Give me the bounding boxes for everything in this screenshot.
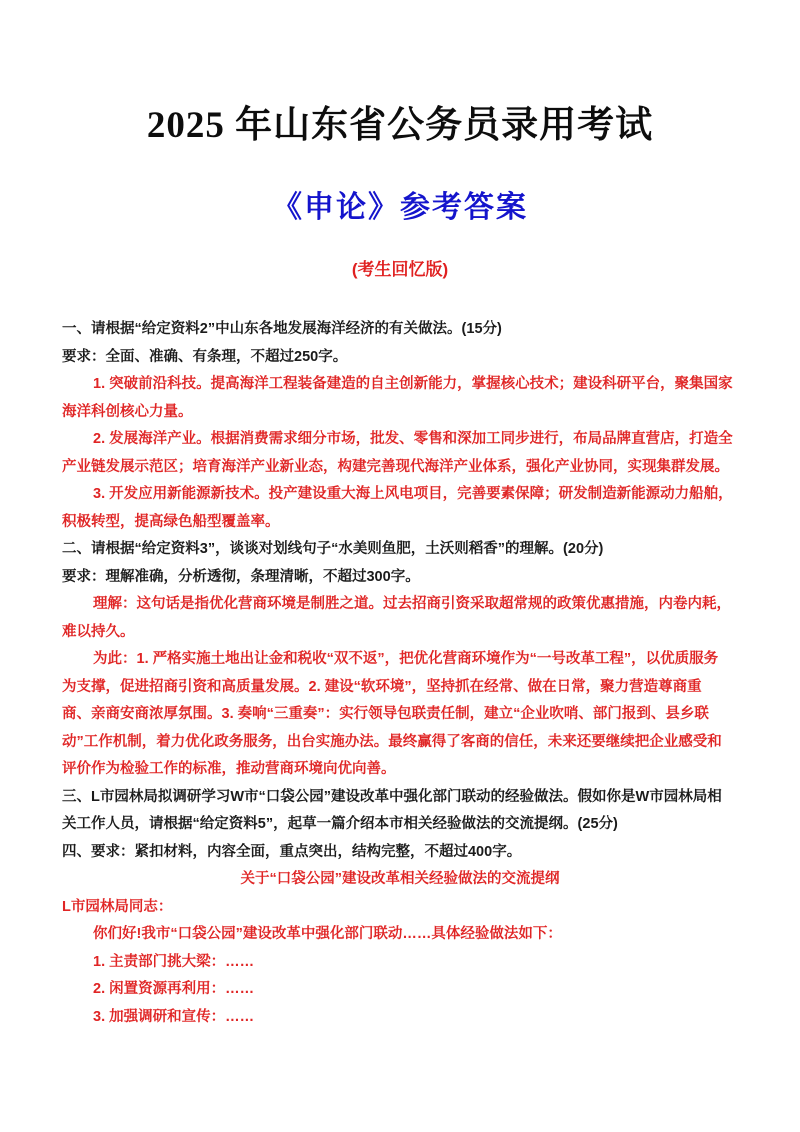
subtitle: 《申论》参考答案 — [0, 189, 800, 227]
body-line: 二、请根据“给定资料3”，谈谈对划线句子“水美则鱼肥，土沃则稻香”的理解。(20… — [62, 536, 738, 564]
body-line: 理解：这句话是指优化营商环境是制胜之道。过去招商引资采取超常规的政策优惠措施，内… — [62, 591, 738, 619]
body-line: 产业链发展示范区；培育海洋产业新业态，构建完善现代海洋产业体系，强化产业协同，实… — [62, 454, 738, 482]
body-line: 评价作为检验工作的标准，推动营商环境向优向善。 — [62, 756, 738, 784]
body-line: 难以持久。 — [62, 619, 738, 647]
body-line: 关工作人员，请根据“给定资料5”，起草一篇介绍本市相关经验做法的交流提纲。(25… — [62, 811, 738, 839]
body-line: 为支撑，促进招商引资和高质量发展。2. 建设“软环境”，坚持抓在经常、做在日常，… — [62, 674, 738, 702]
body-line: 1. 突破前沿科技。提高海洋工程装备建造的自主创新能力，掌握核心技术；建设科研平… — [62, 371, 738, 399]
document-page: 2025 年山东省公务员录用考试 《申论》参考答案 (考生回忆版) 一、请根据“… — [0, 0, 800, 1132]
body-line: 四、要求：紧扣材料，内容全面，重点突出，结构完整，不超过400字。 — [62, 839, 738, 867]
body-line: 2. 闲置资源再利用：…… — [62, 976, 738, 1004]
body-line: 积极转型，提高绿色船型覆盖率。 — [62, 509, 738, 537]
body-line: 要求：全面、准确、有条理，不超过250字。 — [62, 344, 738, 372]
body-line: 3. 开发应用新能源新技术。投产建设重大海上风电项目，完善要素保障；研发制造新能… — [62, 481, 738, 509]
body-line: 关于“口袋公园”建设改革相关经验做法的交流提纲 — [62, 866, 738, 894]
main-title: 2025 年山东省公务员录用考试 — [0, 0, 800, 149]
body-lines: 一、请根据“给定资料2”中山东各地发展海洋经济的有关做法。(15分)要求：全面、… — [0, 316, 800, 1031]
body-line: 三、L市园林局拟调研学习W市“口袋公园”建设改革中强化部门联动的经验做法。假如你… — [62, 784, 738, 812]
body-line: 海洋科创核心力量。 — [62, 399, 738, 427]
body-line: 为此：1. 严格实施土地出让金和税收“双不返”，把优化营商环境作为“一号改革工程… — [62, 646, 738, 674]
body-line: 你们好!我市“口袋公园”建设改革中强化部门联动……具体经验做法如下： — [62, 921, 738, 949]
body-line: 商、亲商安商浓厚氛围。3. 奏响“三重奏”：实行领导包联责任制，建立“企业吹哨、… — [62, 701, 738, 729]
body-line: L市园林局同志： — [62, 894, 738, 922]
body-line: 3. 加强调研和宣传：…… — [62, 1004, 738, 1032]
body-line: 2. 发展海洋产业。根据消费需求细分市场，批发、零售和深加工同步进行，布局品牌直… — [62, 426, 738, 454]
body-line: 动”工作机制，着力优化政务服务，出台实施办法。最终赢得了客商的信任，未来还要继续… — [62, 729, 738, 757]
body-line: 1. 主责部门挑大梁：…… — [62, 949, 738, 977]
version-note: (考生回忆版) — [0, 258, 800, 281]
body-line: 要求：理解准确，分析透彻，条理清晰，不超过300字。 — [62, 564, 738, 592]
body-line: 一、请根据“给定资料2”中山东各地发展海洋经济的有关做法。(15分) — [62, 316, 738, 344]
